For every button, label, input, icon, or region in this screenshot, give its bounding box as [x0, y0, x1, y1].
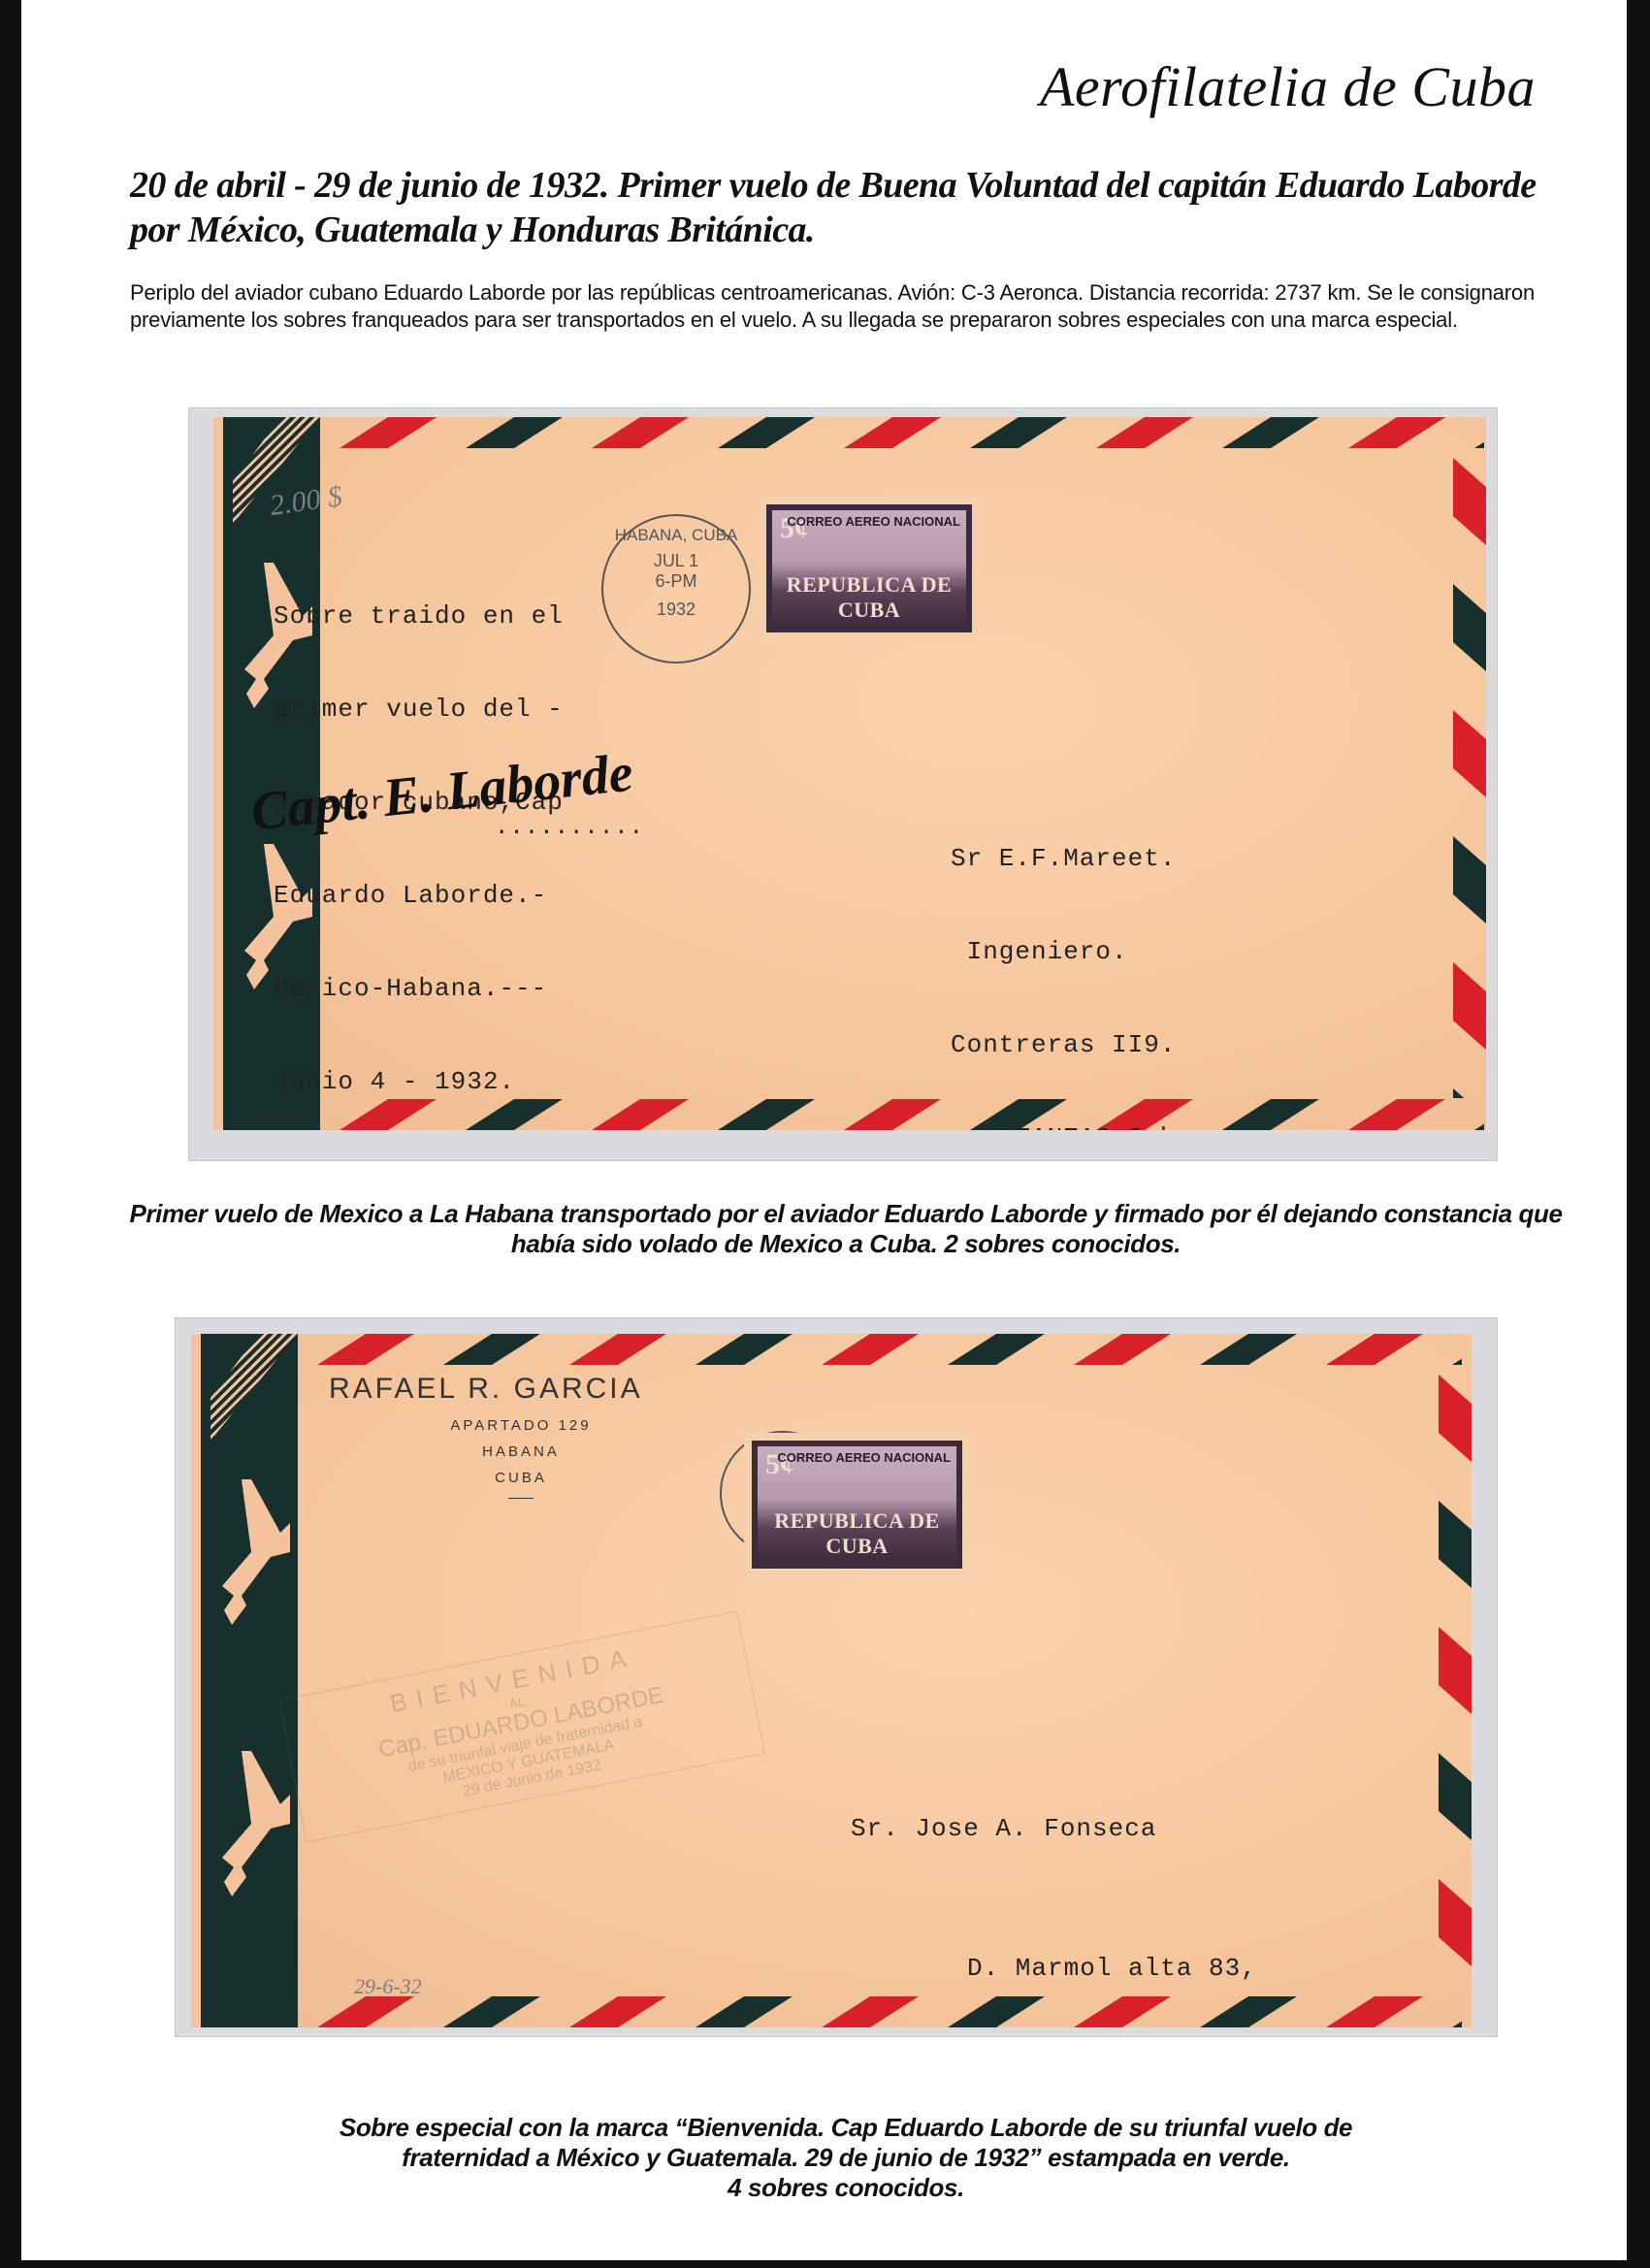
- signature-dots: ..........: [495, 815, 644, 841]
- sender-imprint: RAFAEL R. GARCIA APARTADO 129 HABANA CUB…: [317, 1373, 725, 1499]
- airmail-border-top: [298, 1334, 1462, 1365]
- cover-2-caption: Sobre especial con la marca “Bienvenida.…: [118, 2113, 1573, 2203]
- pencil-date: 29-6-32: [354, 1974, 422, 1999]
- left-airmail-band: [191, 1334, 298, 2027]
- bienvenida-cachet: BIENVENIDA AL Cap. EDUARDO LABORDE de su…: [278, 1610, 765, 1842]
- postmark: HABANA, CUBA JUL 1 6-PM 1932: [601, 514, 751, 664]
- airplane-icon: [212, 1479, 290, 1625]
- airmail-border-top: [320, 417, 1484, 448]
- cover-1-caption: Primer vuelo de Mexico a La Habana trans…: [118, 1199, 1573, 1259]
- airplane-icon: [212, 1751, 290, 1896]
- recipient-address: Sr. Jose A. Fonseca D. Marmol alta 83, S…: [851, 1712, 1338, 2027]
- cover-1-envelope: 2.00 $ Sobre traido en el primer vuelo d…: [213, 417, 1486, 1130]
- airmail-stamp: 5¢ CORREO AEREO NACIONAL REPUBLICA DE CU…: [752, 1441, 962, 1569]
- airmail-stamp: 5¢ CORREO AEREO NACIONAL REPUBLICA DE CU…: [766, 504, 972, 632]
- section-heading: 20 de abril - 29 de junio de 1932. Prime…: [130, 163, 1566, 252]
- album-page: Aerofilatelia de Cuba 20 de abril - 29 d…: [21, 0, 1627, 2260]
- page-title: Aerofilatelia de Cuba: [1040, 54, 1536, 119]
- cover-2-envelope: RAFAEL R. GARCIA APARTADO 129 HABANA CUB…: [191, 1334, 1472, 2027]
- intro-paragraph: Periplo del aviador cubano Eduardo Labor…: [130, 279, 1535, 334]
- airmail-border-right: [1439, 1365, 1472, 1995]
- airmail-border-right: [1453, 448, 1486, 1098]
- recipient-address: Sr E.F.Mareet. Ingeniero. Contreras II9.…: [951, 781, 1209, 1130]
